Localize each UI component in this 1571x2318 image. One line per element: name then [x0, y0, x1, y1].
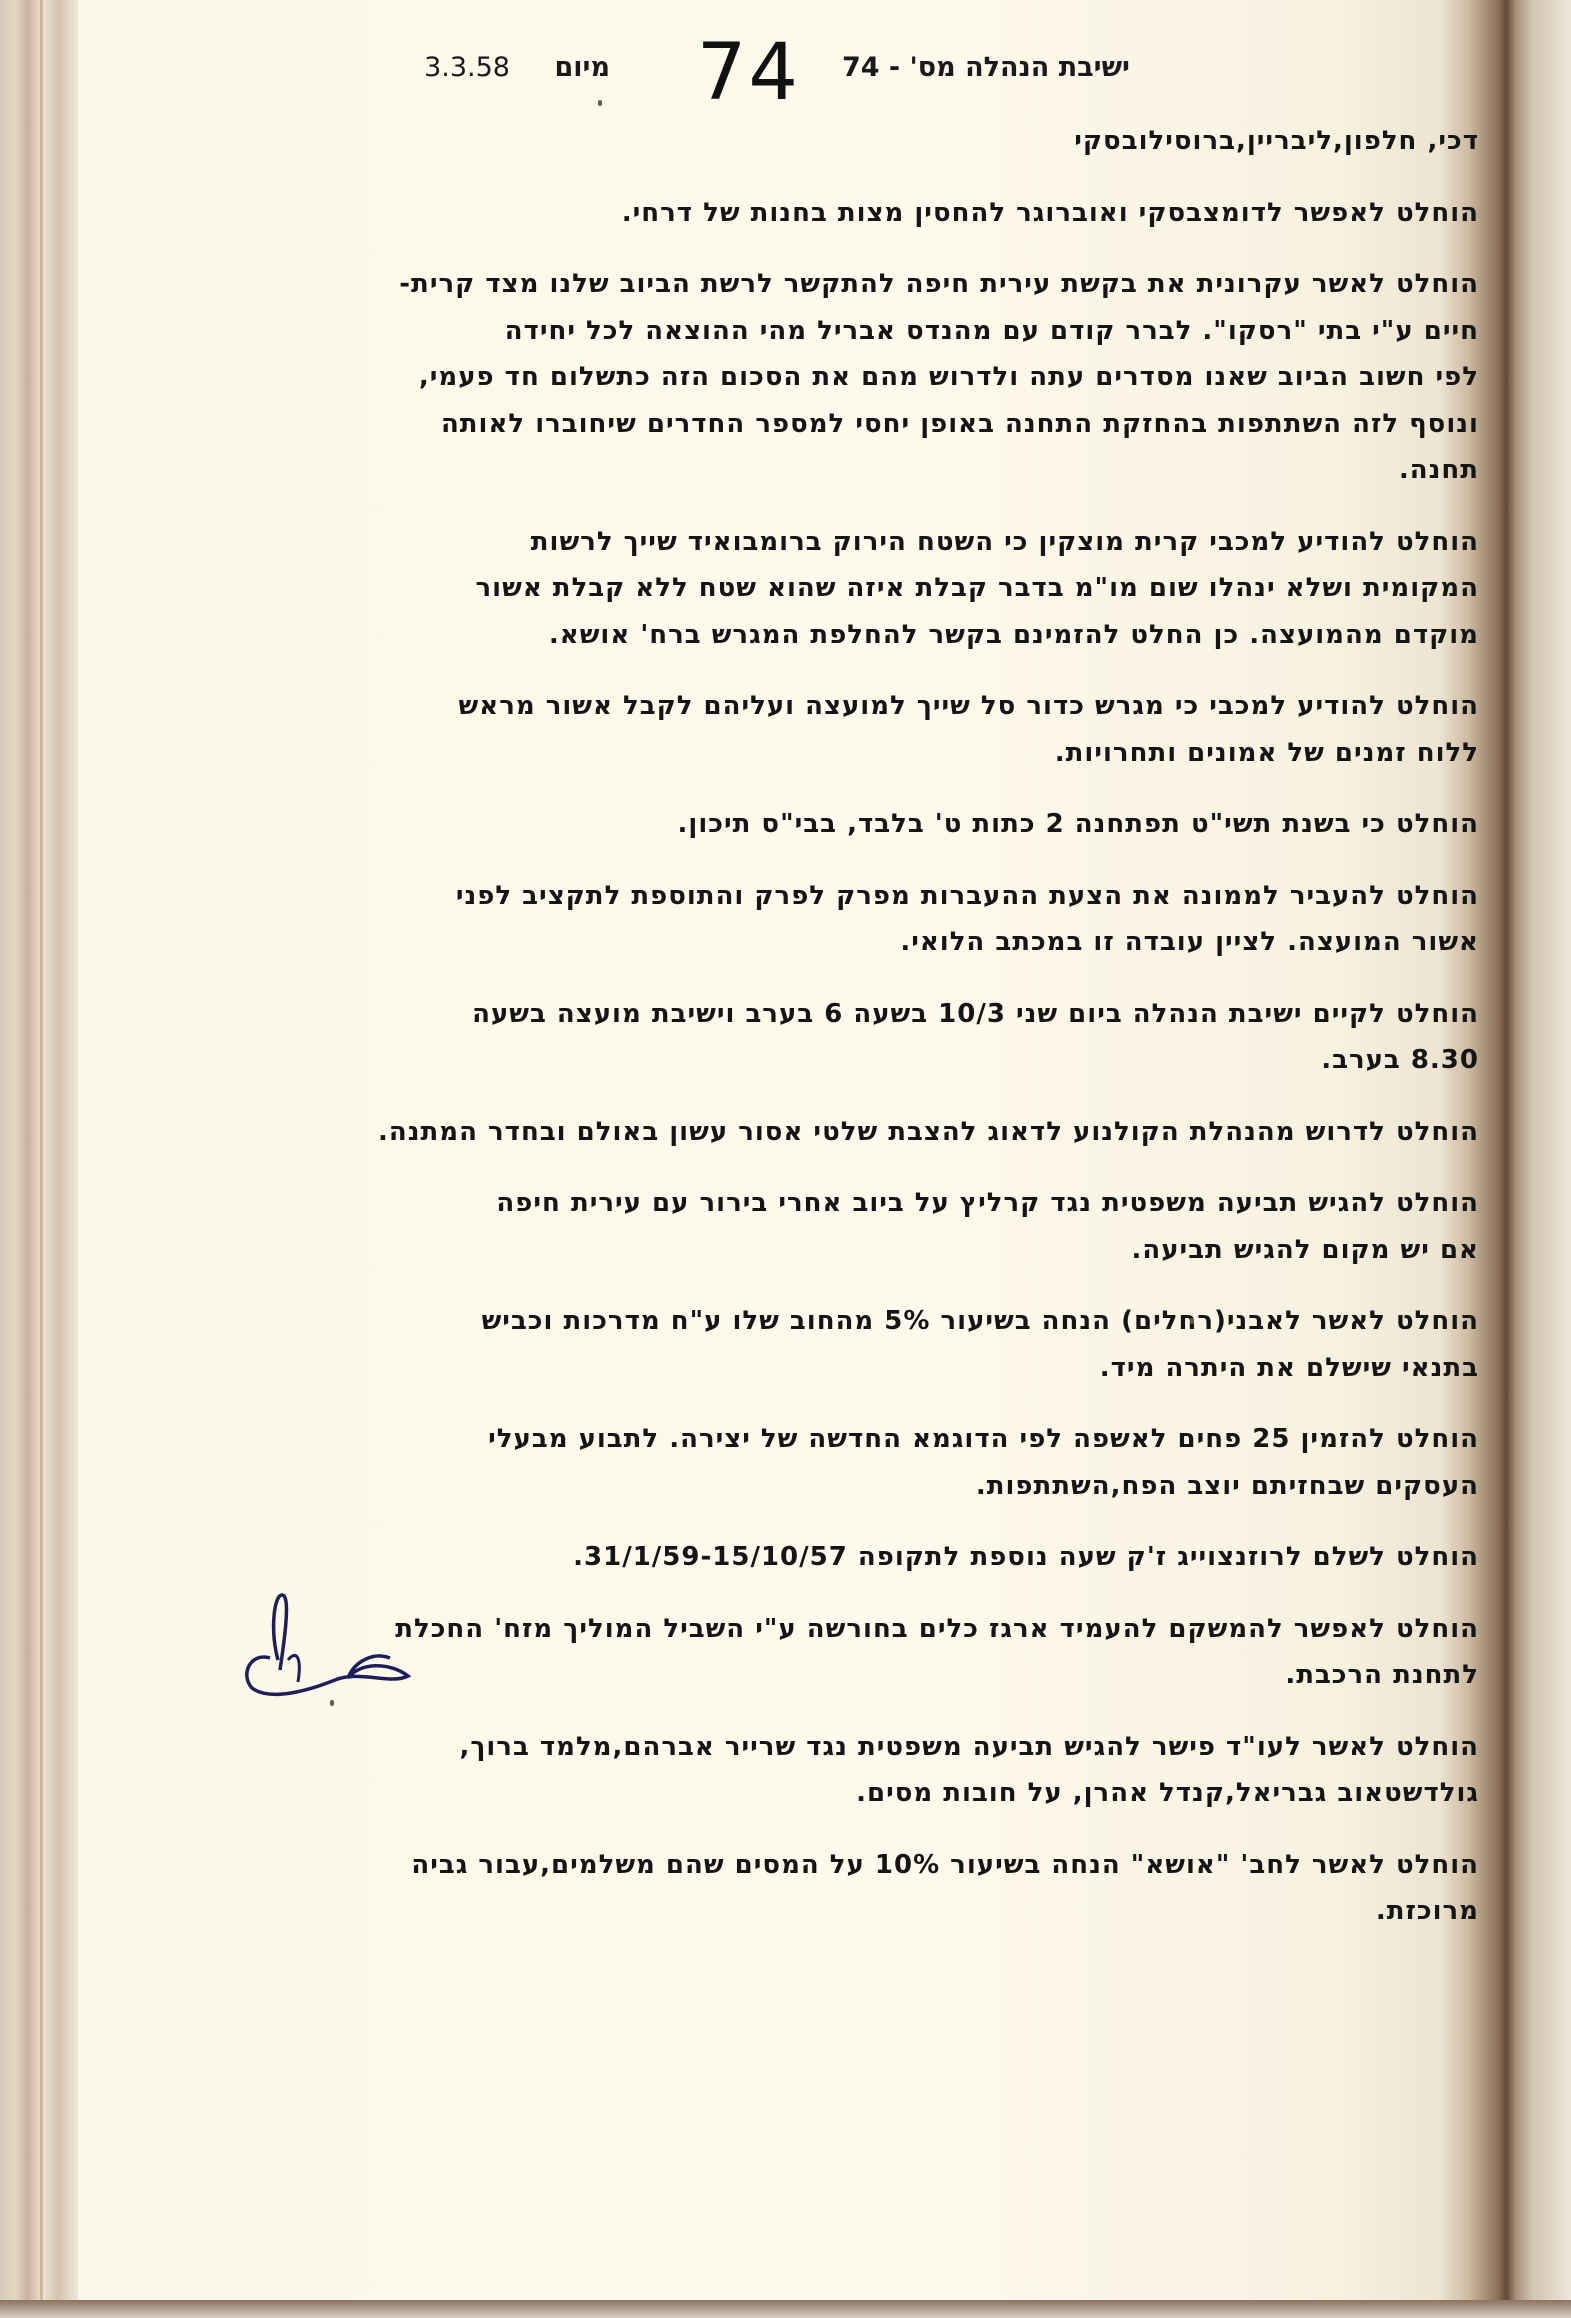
- handwritten-signature: [240, 1590, 430, 1705]
- resolution-line: הוחלט להגיש תביעה משפטית נגד קרליץ על בי…: [179, 1180, 1479, 1227]
- resolution-line: הוחלט להודיע למכבי כי מגרש כדור סל שייך …: [179, 683, 1479, 730]
- meeting-date: 3.3.58: [424, 52, 510, 83]
- binding-left-edge: [0, 0, 78, 2300]
- resolution-line: אשור המועצה. לציין עובדה זו במכתב הלואי.: [179, 919, 1479, 966]
- resolution-line: לפי חשוב הביוב שאנו מסדרים עתה ולדרוש מה…: [179, 354, 1479, 401]
- resolution-item: הוחלט לאשר לעו"ד פישר להגיש תביעה משפטית…: [179, 1724, 1479, 1817]
- resolution-item: הוחלט לאשר לחב' "אושא" הנחה בשיעור 10% ע…: [179, 1842, 1479, 1935]
- resolution-line: ללוח זמנים של אמונים ותחרויות.: [179, 730, 1479, 777]
- resolution-line: הוחלט להעביר לממונה את הצעת ההעברות מפרק…: [179, 873, 1479, 920]
- resolution-item: הוחלט להגיש תביעה משפטית נגד קרליץ על בי…: [179, 1180, 1479, 1273]
- resolution-line: הוחלט כי בשנת תשי"ט תפתחנה 2 כתות ט' בלב…: [179, 801, 1479, 848]
- resolution-line: ונוסף לזה השתתפות בהחזקת התחנה באופן יחס…: [179, 401, 1479, 448]
- document-header: ישיבת הנהלה מס' - 74 74 מיום 3.3.58: [330, 28, 1130, 118]
- resolution-item: הוחלט לקיים ישיבת הנהלה ביום שני 10/3 בש…: [179, 991, 1479, 1084]
- resolution-line: 8.30 בערב.: [179, 1037, 1479, 1084]
- resolution-line: העסקים שבחזיתם יוצב הפח,השתתפות.: [179, 1463, 1479, 1510]
- date-label: מיום: [554, 52, 610, 83]
- adjacent-page-edge: [1535, 0, 1571, 2300]
- resolution-item: הוחלט לשלם לרוזנצוייג ז'ק שעה נוספת לתקו…: [179, 1534, 1479, 1581]
- resolution-line: חיים ע"י בתי "רסקו". לברר קודם עם מהנדס …: [179, 308, 1479, 355]
- resolution-line: הוחלט לאשר לאבני(רחלים) הנחה בשיעור 5% מ…: [179, 1298, 1479, 1345]
- paper-speck: [330, 1700, 334, 1706]
- resolution-line: הוחלט לדרוש מהנהלת הקולנוע לדאוג להצבת ש…: [179, 1109, 1479, 1156]
- handwritten-meeting-number: 74: [697, 28, 800, 118]
- resolution-line: מוקדם מהמועצה. כן החלט להזמינם בקשר להחל…: [179, 612, 1479, 659]
- resolution-item: הוחלט לאשר עקרונית את בקשת עירית חיפה לה…: [179, 261, 1479, 494]
- resolution-item: הוחלט לאפשר לדומצבסקי ואוברוגר להחסין מצ…: [179, 190, 1479, 237]
- paper-speck: [598, 100, 602, 106]
- resolution-item: הוחלט להזמין 25 פחים לאשפה לפי הדוגמא הח…: [179, 1416, 1479, 1509]
- resolution-line: אם יש מקום להגיש תביעה.: [179, 1227, 1479, 1274]
- resolution-item: הוחלט להודיע למכבי קרית מוצקין כי השטח ה…: [179, 519, 1479, 659]
- resolution-line: הוחלט לאשר לחב' "אושא" הנחה בשיעור 10% ע…: [179, 1842, 1479, 1889]
- signature-icon: [240, 1590, 430, 1705]
- paper-speck: [1190, 1318, 1194, 1324]
- resolution-item: הוחלט להודיע למכבי כי מגרש כדור סל שייך …: [179, 683, 1479, 776]
- resolution-line: הוחלט להודיע למכבי קרית מוצקין כי השטח ה…: [179, 519, 1479, 566]
- resolution-item: הוחלט להעביר לממונה את הצעת ההעברות מפרק…: [179, 873, 1479, 966]
- resolution-item: הוחלט כי בשנת תשי"ט תפתחנה 2 כתות ט' בלב…: [179, 801, 1479, 848]
- attendees-line: דכי, חלפון,ליבריין,ברוסילובסקי: [179, 118, 1479, 165]
- resolution-line: תחנה.: [179, 447, 1479, 494]
- bottom-edge: [0, 2300, 1571, 2318]
- resolution-line: המקומית ושלא ינהלו שום מו"מ בדבר קבלת אי…: [179, 565, 1479, 612]
- resolution-line: הוחלט לאפשר לדומצבסקי ואוברוגר להחסין מצ…: [179, 190, 1479, 237]
- resolution-line: בתנאי שישלם את היתרה מיד.: [179, 1345, 1479, 1392]
- resolution-line: הוחלט להזמין 25 פחים לאשפה לפי הדוגמא הח…: [179, 1416, 1479, 1463]
- resolution-line: הוחלט לקיים ישיבת הנהלה ביום שני 10/3 בש…: [179, 991, 1479, 1038]
- resolution-item: הוחלט לדרוש מהנהלת הקולנוע לדאוג להצבת ש…: [179, 1109, 1479, 1156]
- resolution-line: הוחלט לאשר עקרונית את בקשת עירית חיפה לה…: [179, 261, 1479, 308]
- resolution-line: הוחלט לאשר לעו"ד פישר להגיש תביעה משפטית…: [179, 1724, 1479, 1771]
- resolution-line: מרוכזת.: [179, 1888, 1479, 1935]
- resolution-line: גולדשטאוב גבריאל,קנדל אהרן, על חובות מסי…: [179, 1770, 1479, 1817]
- resolution-item: הוחלט לאשר לאבני(רחלים) הנחה בשיעור 5% מ…: [179, 1298, 1479, 1391]
- resolution-line: הוחלט לשלם לרוזנצוייג ז'ק שעה נוספת לתקו…: [179, 1534, 1479, 1581]
- meeting-title: ישיבת הנהלה מס' - 74: [842, 52, 1130, 83]
